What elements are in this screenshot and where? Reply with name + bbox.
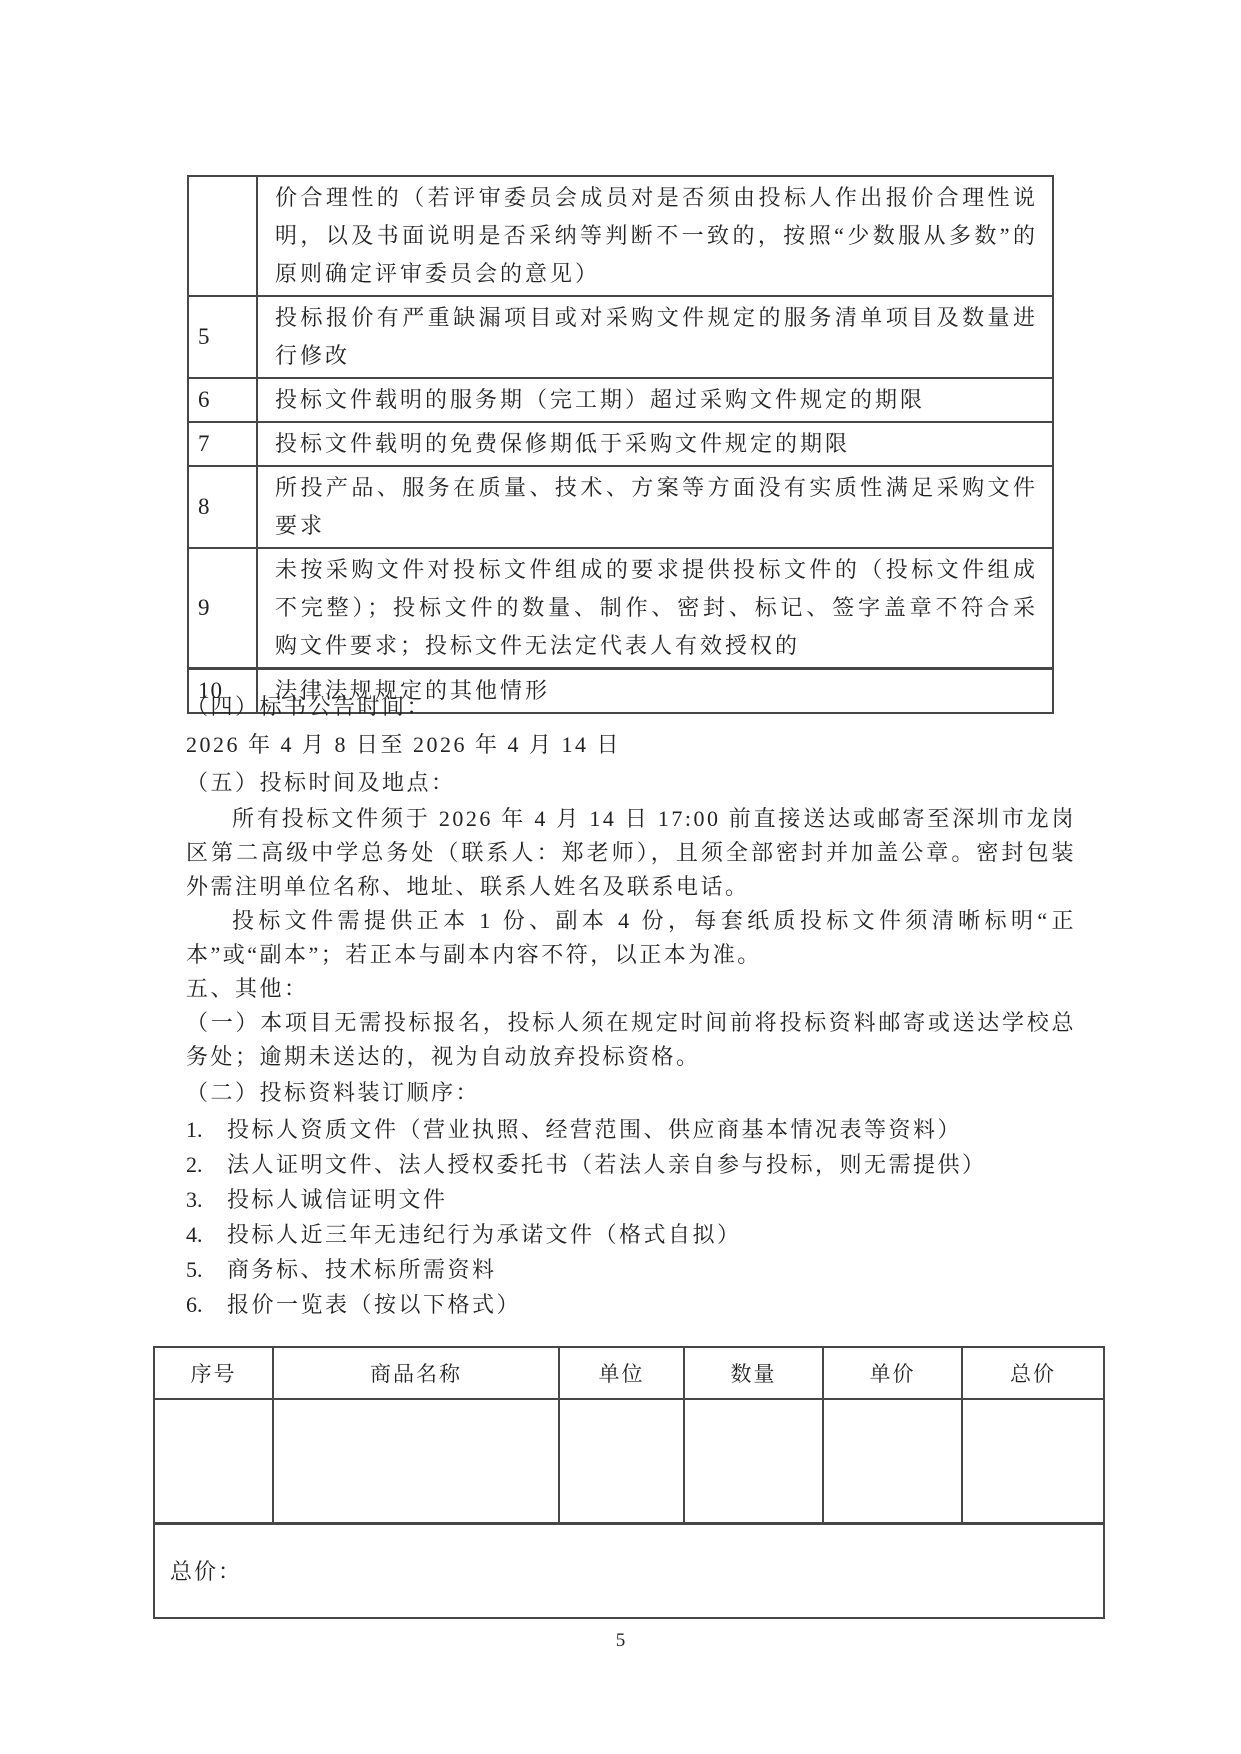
rule-number: 5: [188, 296, 257, 378]
column-header-seq: 序号: [154, 1347, 273, 1399]
copies-paragraph: 投标文件需提供正本 1 份、副本 4 份，每套纸质投标文件须清晰标明“正本”或“…: [186, 904, 1076, 972]
rule-number: 8: [188, 466, 257, 548]
list-item-number: 1.: [186, 1112, 227, 1147]
total-price-label: 总价：: [154, 1523, 1104, 1618]
rule-text: 未按采购文件对投标文件组成的要求提供投标文件的（投标文件组成不完整）；投标文件的…: [257, 548, 1053, 669]
column-header-total-price: 总价: [962, 1347, 1104, 1399]
rejection-rules-table: 价合理性的（若评审委员会成员对是否须由投标人作出报价合理性说明，以及书面说明是否…: [187, 175, 1054, 714]
rule-number: 6: [188, 378, 257, 422]
list-item-number: 6.: [186, 1287, 227, 1322]
empty-cell: [823, 1399, 962, 1523]
announcement-dates: 2026 年 4 月 8 日至 2026 年 4 月 14 日: [186, 726, 1076, 764]
delivery-paragraph: 所有投标文件须于 2026 年 4 月 14 日 17:00 前直接送达或邮寄至…: [186, 802, 1076, 904]
list-item: 3. 投标人诚信证明文件: [186, 1182, 1076, 1217]
rule-text: 所投产品、服务在质量、技术、方案等方面没有实质性满足采购文件要求: [257, 466, 1053, 548]
table-row: 9 未按采购文件对投标文件组成的要求提供投标文件的（投标文件组成不完整）；投标文…: [188, 548, 1053, 669]
list-item-number: 3.: [186, 1182, 227, 1217]
quotation-empty-row: [154, 1399, 1104, 1523]
list-item: 2. 法人证明文件、法人授权委托书（若法人亲自参与投标，则无需提供）: [186, 1147, 1076, 1182]
list-item-text: 投标人近三年无违纪行为承诺文件（格式自拟）: [227, 1217, 1076, 1252]
rule-text: 投标文件载明的服务期（完工期）超过采购文件规定的期限: [257, 378, 1053, 422]
list-item: 1. 投标人资质文件（营业执照、经营范围、供应商基本情况表等资料）: [186, 1112, 1076, 1147]
quotation-total-row: 总价：: [154, 1523, 1104, 1618]
page-number: 5: [0, 1630, 1241, 1652]
empty-cell: [962, 1399, 1104, 1523]
list-item-text: 投标人资质文件（营业执照、经营范围、供应商基本情况表等资料）: [227, 1112, 1076, 1147]
table-row: 6 投标文件载明的服务期（完工期）超过采购文件规定的期限: [188, 378, 1053, 422]
binding-order-list: 1. 投标人资质文件（营业执照、经营范围、供应商基本情况表等资料） 2. 法人证…: [186, 1112, 1076, 1322]
empty-cell: [273, 1399, 559, 1523]
list-item-text: 商务标、技术标所需资料: [227, 1252, 1076, 1287]
column-header-product: 商品名称: [273, 1347, 559, 1399]
section-other-heading: 五、其他：: [186, 972, 1076, 1006]
section5-heading: （五）投标时间及地点：: [186, 764, 1076, 802]
rule-text: 价合理性的（若评审委员会成员对是否须由投标人作出报价合理性说明，以及书面说明是否…: [257, 176, 1053, 296]
other-item-1: （一）本项目无需投标报名，投标人须在规定时间前将投标资料邮寄或送达学校总务处；逾…: [186, 1006, 1076, 1074]
list-item-text: 法人证明文件、法人授权委托书（若法人亲自参与投标，则无需提供）: [227, 1147, 1076, 1182]
empty-cell: [154, 1399, 273, 1523]
section4-heading: （四）标书公告时间：: [186, 688, 1076, 726]
list-item-number: 4.: [186, 1217, 227, 1252]
list-item-number: 5.: [186, 1252, 227, 1287]
list-item: 6. 报价一览表（按以下格式）: [186, 1287, 1076, 1322]
list-item-number: 2.: [186, 1147, 227, 1182]
list-item: 4. 投标人近三年无违纪行为承诺文件（格式自拟）: [186, 1217, 1076, 1252]
table-row: 价合理性的（若评审委员会成员对是否须由投标人作出报价合理性说明，以及书面说明是否…: [188, 176, 1053, 296]
quotation-table: 序号 商品名称 单位 数量 单价 总价 总价：: [153, 1346, 1105, 1619]
empty-cell: [559, 1399, 684, 1523]
quotation-header-row: 序号 商品名称 单位 数量 单价 总价: [154, 1347, 1104, 1399]
rule-number: 7: [188, 422, 257, 466]
rule-text: 投标报价有严重缺漏项目或对采购文件规定的服务清单项目及数量进行修改: [257, 296, 1053, 378]
table-row: 7 投标文件载明的免费保修期低于采购文件规定的期限: [188, 422, 1053, 466]
column-header-unit-price: 单价: [823, 1347, 962, 1399]
binding-order-heading: （二）投标资料装订顺序：: [186, 1074, 1076, 1112]
table-row: 8 所投产品、服务在质量、技术、方案等方面没有实质性满足采购文件要求: [188, 466, 1053, 548]
column-header-quantity: 数量: [684, 1347, 823, 1399]
list-item: 5. 商务标、技术标所需资料: [186, 1252, 1076, 1287]
list-item-text: 投标人诚信证明文件: [227, 1182, 1076, 1217]
document-body: （四）标书公告时间： 2026 年 4 月 8 日至 2026 年 4 月 14…: [186, 688, 1076, 1322]
table-row: 5 投标报价有严重缺漏项目或对采购文件规定的服务清单项目及数量进行修改: [188, 296, 1053, 378]
document-page: 价合理性的（若评审委员会成员对是否须由投标人作出报价合理性说明，以及书面说明是否…: [0, 0, 1241, 1754]
rule-text: 投标文件载明的免费保修期低于采购文件规定的期限: [257, 422, 1053, 466]
rule-number: 9: [188, 548, 257, 669]
column-header-unit: 单位: [559, 1347, 684, 1399]
empty-cell: [684, 1399, 823, 1523]
rule-number: [188, 176, 257, 296]
list-item-text: 报价一览表（按以下格式）: [227, 1287, 1076, 1322]
